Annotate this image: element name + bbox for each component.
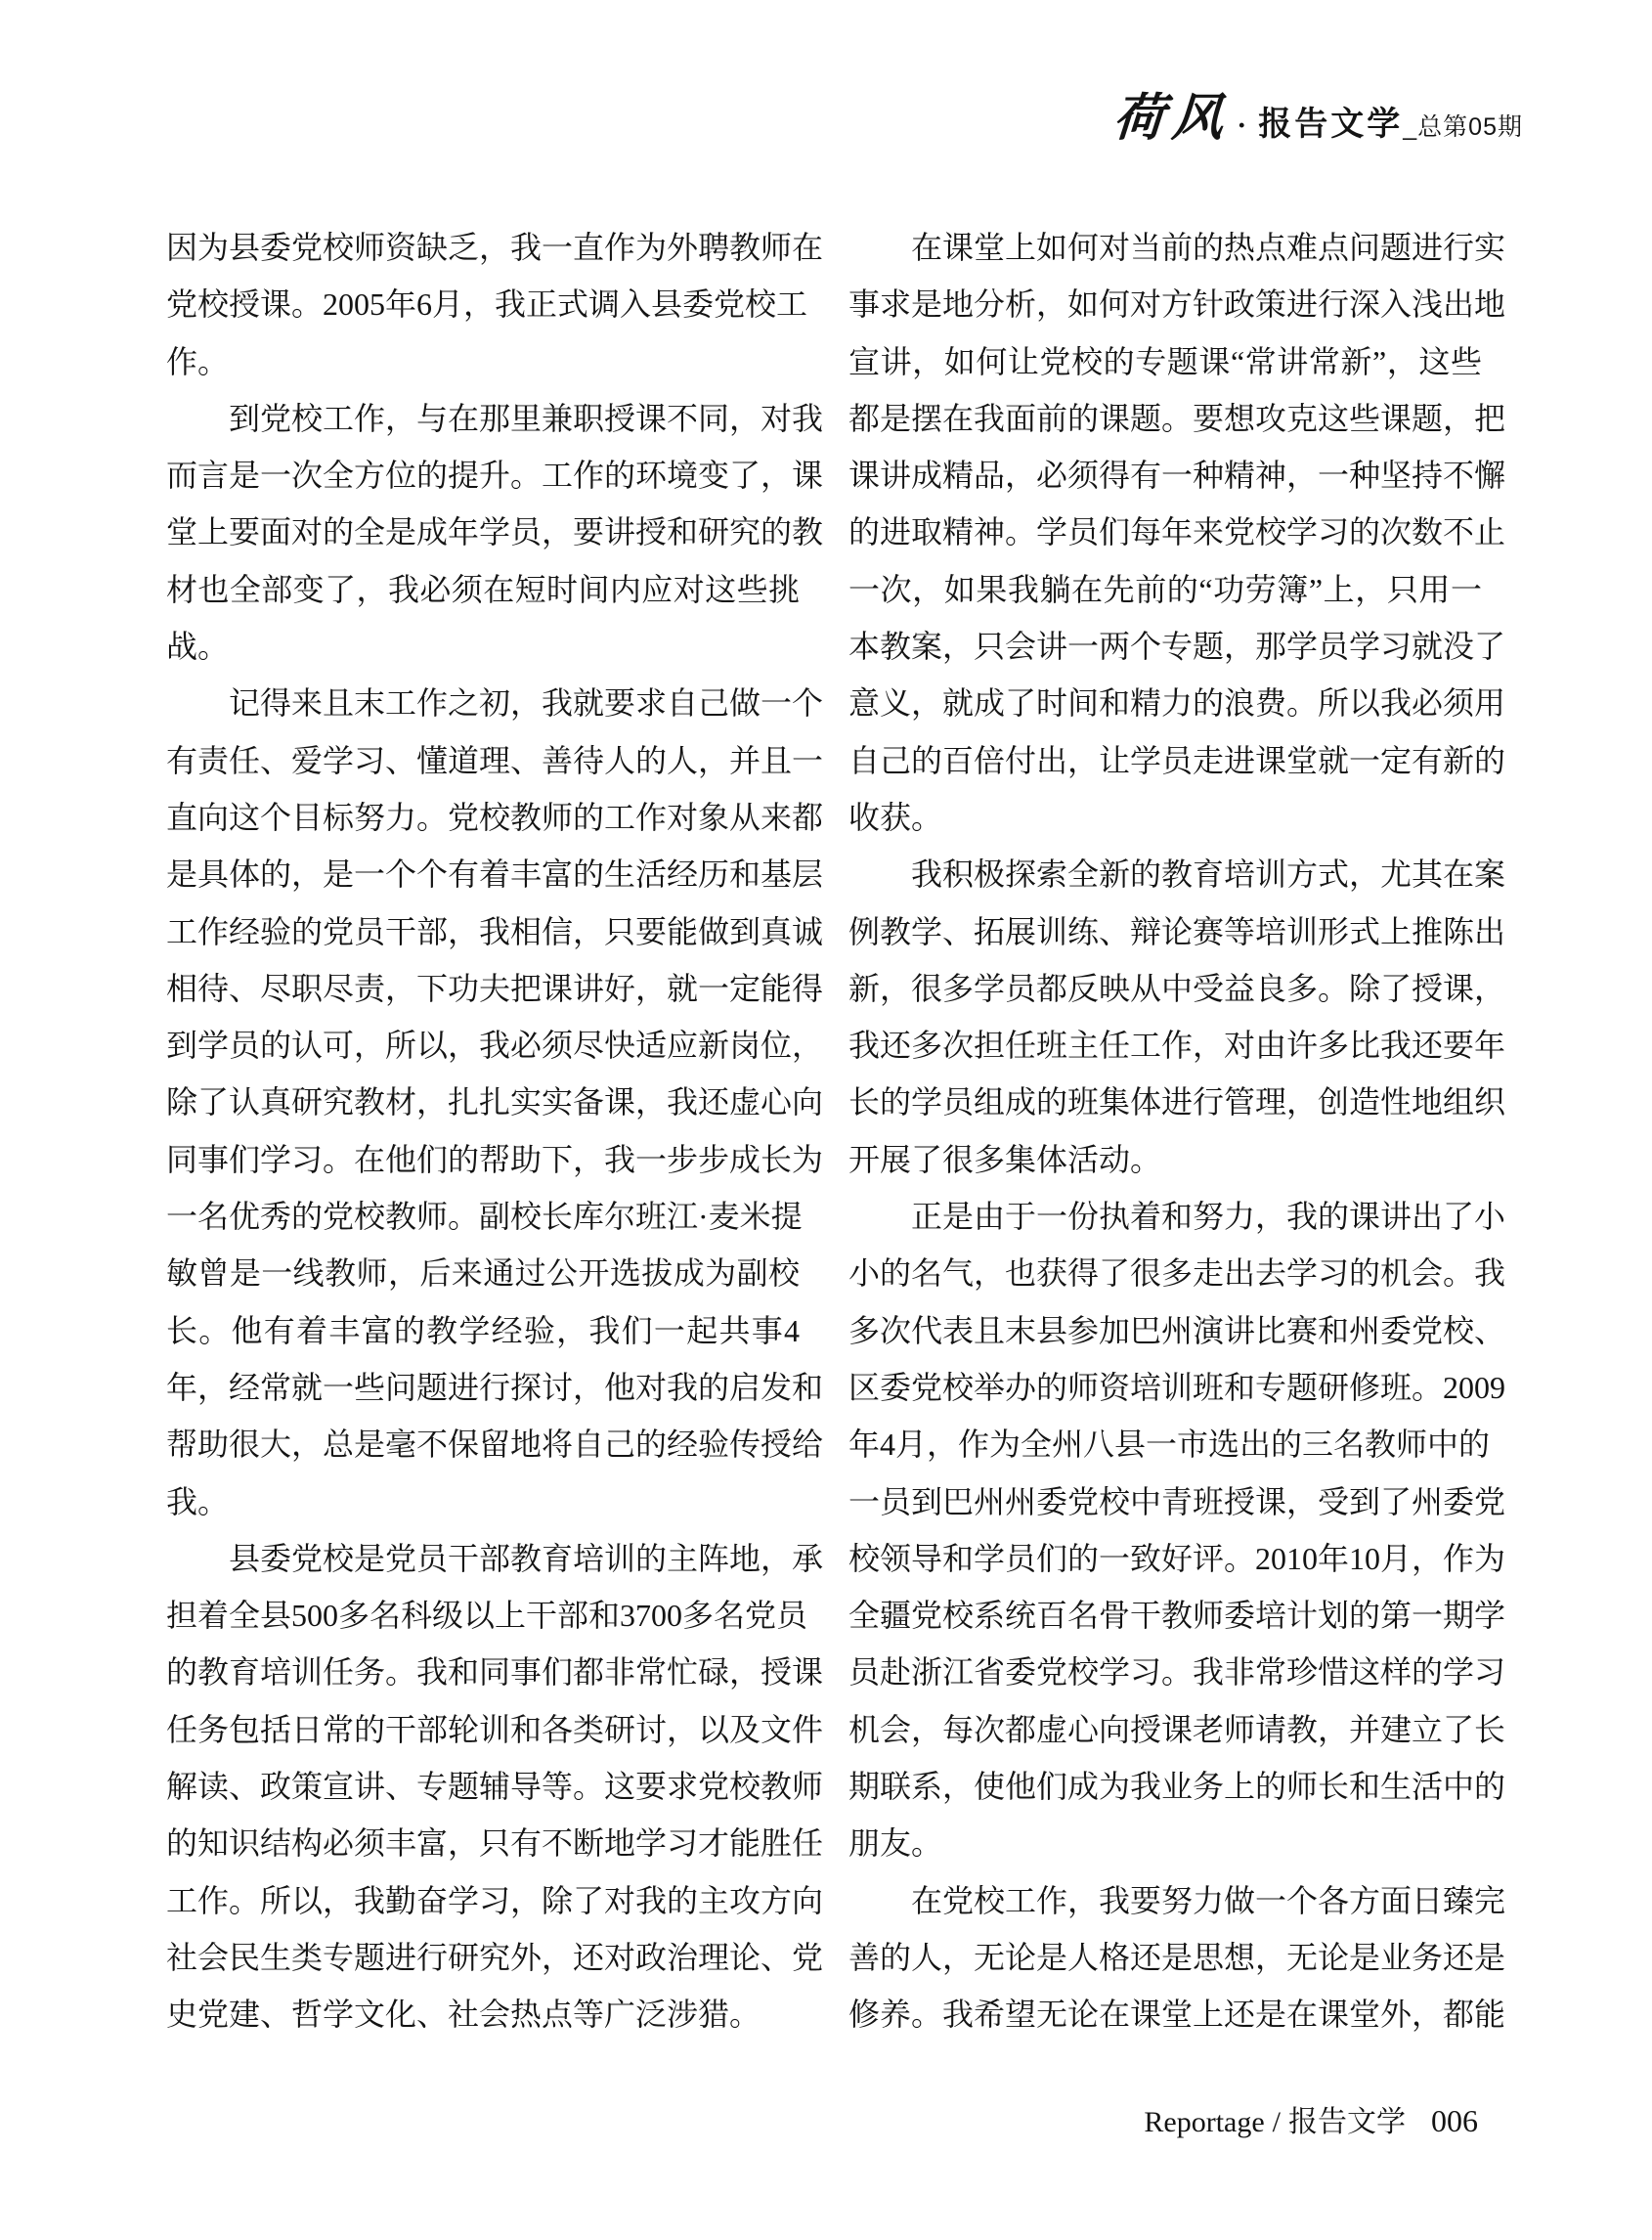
text-line: 宣讲，如何让党校的专题课“常讲常新”，这些: [848, 333, 1482, 390]
text-line: 材也全部变了，我必须在短时间内应对这些挑: [166, 561, 800, 618]
text-line: 小的名气，也获得了很多走出去学习的机会。我: [848, 1245, 1482, 1301]
text-line: 修养。我希望无论在课堂上还是在课堂外，都能: [848, 1986, 1482, 2042]
text-line: 记得来且末工作之初，我就要求自己做一个: [166, 675, 800, 731]
right-column: 在课堂上如何对当前的热点难点问题进行实事求是地分析，如何对方针政策进行深入浅出地…: [848, 219, 1482, 2043]
text-line: 多次代表且末县参加巴州演讲比赛和州委党校、: [848, 1302, 1482, 1359]
text-line: 全疆党校系统百名骨干教师委培计划的第一期学: [848, 1587, 1482, 1644]
footer-journal-zh: 报告文学: [1288, 2106, 1406, 2138]
text-line: 新，很多学员都反映从中受益良多。除了授课，: [848, 960, 1482, 1017]
text-line: 堂上要面对的全是成年学员，要讲授和研究的教: [166, 504, 800, 560]
text-line: 工作经验的党员干部，我相信，只要能做到真诚: [166, 903, 800, 960]
text-line: 担着全县500多名科级以上干部和3700多名党员: [166, 1587, 800, 1644]
text-line: 的教育培训任务。我和同事们都非常忙碌，授课: [166, 1644, 800, 1700]
text-line: 善的人，无论是人格还是思想，无论是业务还是: [848, 1929, 1482, 1986]
text-line: 在党校工作，我要努力做一个各方面日臻完: [848, 1872, 1482, 1929]
text-line: 本教案，只会讲一两个专题，那学员学习就没了: [848, 618, 1482, 675]
text-line: 党校授课。2005年6月，我正式调入县委党校工: [166, 276, 800, 332]
text-line: 例教学、拓展训练、辩论赛等培训形式上推陈出: [848, 903, 1482, 960]
text-line: 一名优秀的党校教师。副校长库尔班江·麦米提: [166, 1188, 800, 1245]
footer-slash: /: [1273, 2106, 1281, 2138]
issue-number: _总第05期: [1403, 115, 1523, 140]
header-separator-dot: ·: [1237, 110, 1246, 143]
text-line: 自己的百倍付出，让学员走进课堂就一定有新的: [848, 732, 1482, 789]
text-line: 社会民生类专题进行研究外，还对政治理论、党: [166, 1929, 800, 1986]
text-line: 我。: [166, 1473, 800, 1530]
text-line: 课讲成精品，必须得有一种精神，一种坚持不懈: [848, 447, 1482, 504]
text-line: 而言是一次全方位的提升。工作的环境变了，课: [166, 447, 800, 504]
page-header: 荷风 · 报告文学 _总第05期: [1113, 94, 1523, 145]
text-line: 长的学员组成的班集体进行管理，创造性地组织: [848, 1074, 1482, 1130]
text-line: 的知识结构必须丰富，只有不断地学习才能胜任: [166, 1815, 800, 1871]
text-line: 期联系，使他们成为我业务上的师长和生活中的: [848, 1758, 1482, 1815]
text-line: 县委党校是党员干部教育培训的主阵地，承: [166, 1530, 800, 1587]
text-line: 战。: [166, 618, 800, 675]
text-line: 任务包括日常的干部轮训和各类研讨，以及文件: [166, 1701, 800, 1758]
text-line: 意义，就成了时间和精力的浪费。所以我必须用: [848, 675, 1482, 731]
text-line: 的进取精神。学员们每年来党校学习的次数不止: [848, 504, 1482, 560]
text-line: 到党校工作，与在那里兼职授课不同，对我: [166, 390, 800, 447]
text-line: 员赴浙江省委党校学习。我非常珍惜这样的学习: [848, 1644, 1482, 1700]
left-column: 因为县委党校师资缺乏，我一直作为外聘教师在党校授课。2005年6月，我正式调入县…: [166, 219, 800, 2043]
magazine-logo: 荷风: [1111, 94, 1233, 145]
text-line: 敏曾是一线教师，后来通过公开选拔成为副校: [166, 1245, 800, 1301]
text-line: 有责任、爱学习、懂道理、善待人的人，并且一: [166, 732, 800, 789]
page-footer: Reportage/报告文学006: [1144, 2102, 1478, 2140]
text-line: 朋友。: [848, 1815, 1482, 1871]
text-line: 帮助很大，总是毫不保留地将自己的经验传授给: [166, 1416, 800, 1472]
text-line: 同事们学习。在他们的帮助下，我一步步成长为: [166, 1131, 800, 1188]
text-line: 长。他有着丰富的教学经验，我们一起共事4: [166, 1302, 800, 1359]
text-line: 都是摆在我面前的课题。要想攻克这些课题，把: [848, 390, 1482, 447]
text-line: 相待、尽职尽责，下功夫把课讲好，就一定能得: [166, 960, 800, 1017]
text-line: 因为县委党校师资缺乏，我一直作为外聘教师在: [166, 219, 800, 276]
text-line: 校领导和学员们的一致好评。2010年10月，作为: [848, 1530, 1482, 1587]
text-line: 年4月，作为全州八县一市选出的三名教师中的: [848, 1416, 1482, 1472]
text-line: 区委党校举办的师资培训班和专题研修班。2009: [848, 1359, 1482, 1416]
text-line: 直向这个目标努力。党校教师的工作对象从来都: [166, 789, 800, 846]
footer-journal-en: Reportage: [1144, 2106, 1264, 2138]
text-line: 收获。: [848, 789, 1482, 846]
magazine-page: 荷风 · 报告文学 _总第05期 因为县委党校师资缺乏，我一直作为外聘教师在党校…: [0, 0, 1652, 2240]
text-line: 事求是地分析，如何对方针政策进行深入浅出地: [848, 276, 1482, 332]
text-line: 是具体的，是一个个有着丰富的生活经历和基层: [166, 846, 800, 902]
footer-page-number: 006: [1431, 2103, 1478, 2138]
text-line: 史党建、哲学文化、社会热点等广泛涉猎。: [166, 1986, 800, 2042]
text-line: 我还多次担任班主任工作，对由许多比我还要年: [848, 1017, 1482, 1074]
text-line: 工作。所以，我勤奋学习，除了对我的主攻方向: [166, 1872, 800, 1929]
text-line: 正是由于一份执着和努力，我的课讲出了小: [848, 1188, 1482, 1245]
text-line: 到学员的认可，所以，我必须尽快适应新岗位，: [166, 1017, 800, 1074]
section-title: 报告文学: [1258, 108, 1403, 141]
text-line: 作。: [166, 333, 800, 390]
text-line: 除了认真研究教材，扎扎实实备课，我还虚心向: [166, 1074, 800, 1130]
text-line: 开展了很多集体活动。: [848, 1131, 1482, 1188]
text-line: 解读、政策宣讲、专题辅导等。这要求党校教师: [166, 1758, 800, 1815]
text-line: 在课堂上如何对当前的热点难点问题进行实: [848, 219, 1482, 276]
text-line: 年，经常就一些问题进行探讨，他对我的启发和: [166, 1359, 800, 1416]
text-line: 一次，如果我躺在先前的“功劳簿”上，只用一: [848, 561, 1482, 618]
text-line: 一员到巴州州委党校中青班授课，受到了州委党: [848, 1473, 1482, 1530]
text-line: 机会，每次都虚心向授课老师请教，并建立了长: [848, 1701, 1482, 1758]
text-line: 我积极探索全新的教育培训方式，尤其在案: [848, 846, 1482, 902]
